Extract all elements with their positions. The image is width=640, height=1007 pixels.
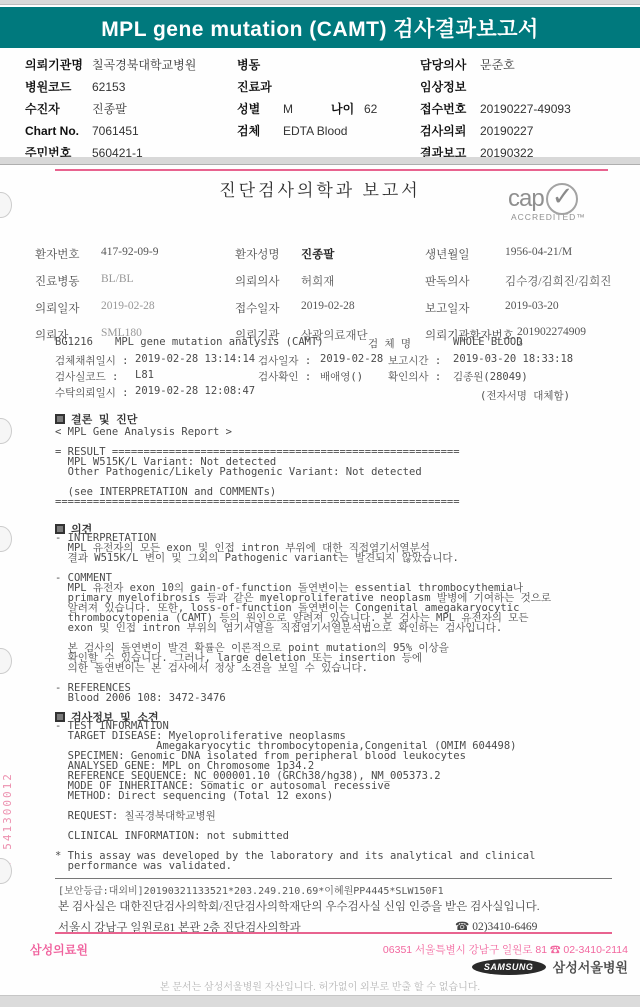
address-underline	[55, 932, 612, 934]
patient-no-cell: 환자번호 417-92-09-9	[35, 243, 235, 270]
field-value: 2019-03-20	[505, 300, 559, 312]
field-label: 임상정보	[420, 76, 480, 98]
title-banner: MPL gene mutation (CAMT) 검사결과보고서	[0, 7, 640, 48]
field-value: 진종팔	[92, 98, 127, 120]
field-value: 2019-02-28	[301, 300, 355, 312]
field-label: 접수번호	[420, 98, 480, 120]
reading-doctor-cell: 판독의사 김수경/김희진/김희진	[425, 270, 627, 297]
report-date-cell: 보고일자 2019-03-20	[425, 297, 627, 324]
field-label: 의뢰일자	[35, 300, 101, 316]
field-label: 병동	[237, 54, 283, 76]
collect-value: 2019-02-28 13:14:14	[135, 353, 255, 365]
footer-hospital-brand: SAMSUNG 삼성서울병원	[472, 957, 628, 976]
samsung-logo-text: SAMSUNG	[484, 962, 534, 972]
side-registration-mark: + 541300012	[1, 747, 15, 867]
field-label: 담당의사	[420, 54, 480, 76]
test-name: MPL gene mutation analysis (CAMT)	[115, 336, 324, 348]
birth-cell: 생년월일 1956-04-21/M	[425, 243, 627, 270]
report-time-label: 보고시간 :	[388, 353, 441, 368]
chart-no-row: Chart No. 7061451	[25, 120, 237, 142]
field-label: 진료과	[237, 76, 283, 98]
scan-artifact	[0, 526, 12, 552]
field-label: 나이	[331, 98, 364, 120]
field-value: 문준호	[480, 54, 515, 76]
field-label: 판독의사	[425, 273, 505, 289]
test-info-section-body: - TEST INFORMATION TARGET DISEASE: Myelo…	[55, 721, 535, 871]
field-label: Chart No.	[25, 120, 92, 142]
order-info-col3: 담당의사 문준호 임상정보 접수번호 20190227-49093 검사의뢰 2…	[420, 54, 638, 164]
confirm-doctor-label: 확인의사 :	[388, 369, 441, 384]
field-label: 수진자	[25, 98, 92, 120]
field-value: 62	[364, 98, 377, 120]
specimen-name-label: 검 체 명	[368, 336, 411, 351]
cap-accredited-logo: cap ✓ ACCREDITED™	[508, 183, 618, 222]
verify-label: 검사확인 :	[258, 369, 311, 384]
confidentiality-notice: 본 문서는 삼성서울병원 자산입니다. 허가없이 외부로 반출 할 수 없습니다…	[0, 978, 640, 993]
field-label: 의뢰의사	[235, 273, 301, 289]
scan-artifact	[0, 418, 12, 444]
field-value: 칠곡경북대학교병원	[92, 54, 196, 76]
specimen-row: 검체 EDTA Blood	[237, 120, 417, 142]
ward-cell: 진료병동 BL/BL	[35, 270, 235, 297]
report-time-value: 2019-03-20 18:33:18	[453, 353, 573, 365]
header-divider	[0, 157, 640, 165]
field-value: 62153	[92, 76, 125, 98]
collect-label: 검체채취일시 :	[55, 353, 129, 368]
accession-no-row: 접수번호 20190227-49093	[420, 98, 638, 120]
field-value: 2019-02-28	[101, 300, 155, 312]
field-value: 1956-04-21/M	[505, 246, 572, 258]
report-document: MPL gene mutation (CAMT) 검사결과보고서 의뢰기관명 칠…	[0, 0, 640, 1007]
hospital-name: 삼성서울병원	[553, 957, 628, 976]
field-label: 생년월일	[425, 246, 505, 262]
sex-age-row: 성별 M 나이 62	[237, 98, 417, 120]
hospital-code-row: 병원코드 62153	[25, 76, 237, 98]
request-date-cell: 의뢰일자 2019-02-28	[35, 297, 235, 324]
test-header: BG1216 MPL gene mutation analysis (CAMT)…	[55, 336, 630, 406]
consign-label: 수탁의뢰일시 :	[55, 385, 129, 400]
clinical-info-row: 임상정보	[420, 76, 638, 98]
bottom-divider	[0, 995, 640, 1007]
section-title-text: 결론 및 진단	[71, 411, 137, 427]
footer-org-name: 삼성의료원	[30, 941, 88, 958]
field-label: 환자성명	[235, 246, 301, 262]
test-code: BG1216	[55, 336, 93, 348]
verify-value: 배애영()	[320, 369, 363, 384]
cap-logo-text: cap	[508, 185, 544, 213]
field-value: M	[283, 98, 331, 120]
check-icon: ✓	[552, 181, 574, 212]
doctor-row: 담당의사 문준호	[420, 54, 638, 76]
field-label: 접수일자	[235, 300, 301, 316]
banner-title: MPL gene mutation (CAMT) 검사결과보고서	[101, 13, 539, 43]
request-date-row: 검사의뢰 20190227	[420, 120, 638, 142]
field-label: 성별	[237, 98, 283, 120]
test-date-label: 검사일자 :	[258, 353, 311, 368]
specimen-name: WHOLE BLOOD	[453, 336, 523, 348]
ward-row: 병동	[237, 54, 417, 76]
esign-note: (전자서명 대체함)	[480, 388, 570, 403]
field-label: 검체	[237, 120, 283, 142]
samsung-logo: SAMSUNG	[472, 959, 546, 975]
field-value: 417-92-09-9	[101, 246, 159, 258]
top-divider	[0, 0, 640, 5]
security-divider	[55, 878, 612, 879]
section-marker-icon	[55, 414, 65, 424]
field-value: 7061451	[92, 120, 139, 142]
report-top-rule	[55, 169, 608, 171]
department-row: 진료과	[237, 76, 417, 98]
field-label: 보고일자	[425, 300, 505, 316]
order-info-col1: 의뢰기관명 칠곡경북대학교병원 병원코드 62153 수진자 진종팔 Chart…	[25, 54, 237, 164]
patient-info-table: 환자번호 417-92-09-9 환자성명 진종팔 생년월일 1956-04-2…	[35, 243, 627, 351]
conclusion-section-title: 결론 및 진단	[55, 411, 137, 427]
lab-phone: ☎ 02)3410-6469	[455, 919, 537, 933]
test-date-value: 2019-02-28	[320, 353, 383, 365]
field-value: BL/BL	[101, 273, 134, 285]
consign-value: 2019-02-28 12:08:47	[135, 385, 255, 397]
security-classification-line: [보안등급:대외비]20190321133521*203.249.210.69*…	[58, 882, 444, 897]
field-label: 의뢰기관명	[25, 54, 92, 76]
field-value: 허희재	[301, 273, 334, 289]
opinion-section-body: - INTERPRETATION MPL 유전자의 모든 exon 및 인접 i…	[55, 533, 551, 703]
field-value: 20190227-49093	[480, 98, 571, 120]
field-label: 병원코드	[25, 76, 92, 98]
lab-code-value: L81	[135, 369, 154, 381]
field-value: EDTA Blood	[283, 120, 347, 142]
confirm-doctor-value: 김종원(28049)	[453, 369, 528, 384]
order-info-col2: 병동 진료과 성별 M 나이 62 검체 EDTA Blood	[237, 54, 417, 142]
patient-name-cell: 환자성명 진종팔	[235, 243, 425, 270]
lab-code-label: 검사실코드 :	[55, 369, 118, 384]
receipt-date-cell: 접수일자 2019-02-28	[235, 297, 425, 324]
field-value: 김수경/김희진/김희진	[505, 273, 611, 289]
field-value: 20190227	[480, 120, 533, 142]
field-label: 환자번호	[35, 246, 101, 262]
requesting-org-row: 의뢰기관명 칠곡경북대학교병원	[25, 54, 237, 76]
conclusion-section-body: < MPL Gene Analysis Report > = RESULT ==…	[55, 427, 460, 507]
ref-doctor-cell: 의뢰의사 허희재	[235, 270, 425, 297]
field-value: 진종팔	[301, 246, 334, 262]
cap-check-circle: ✓	[546, 183, 578, 215]
patient-row: 수진자 진종팔	[25, 98, 237, 120]
accreditation-note: 본 검사실은 대한진단검사의학회/진단검사의학재단의 우수검사실 신임 인증을 …	[58, 898, 540, 914]
scan-artifact	[0, 648, 12, 674]
footer-address: 06351 서울특별시 강남구 일원로 81 ☎ 02-3410-2114	[383, 942, 628, 957]
field-label: 진료병동	[35, 273, 101, 289]
field-label: 검사의뢰	[420, 120, 480, 142]
